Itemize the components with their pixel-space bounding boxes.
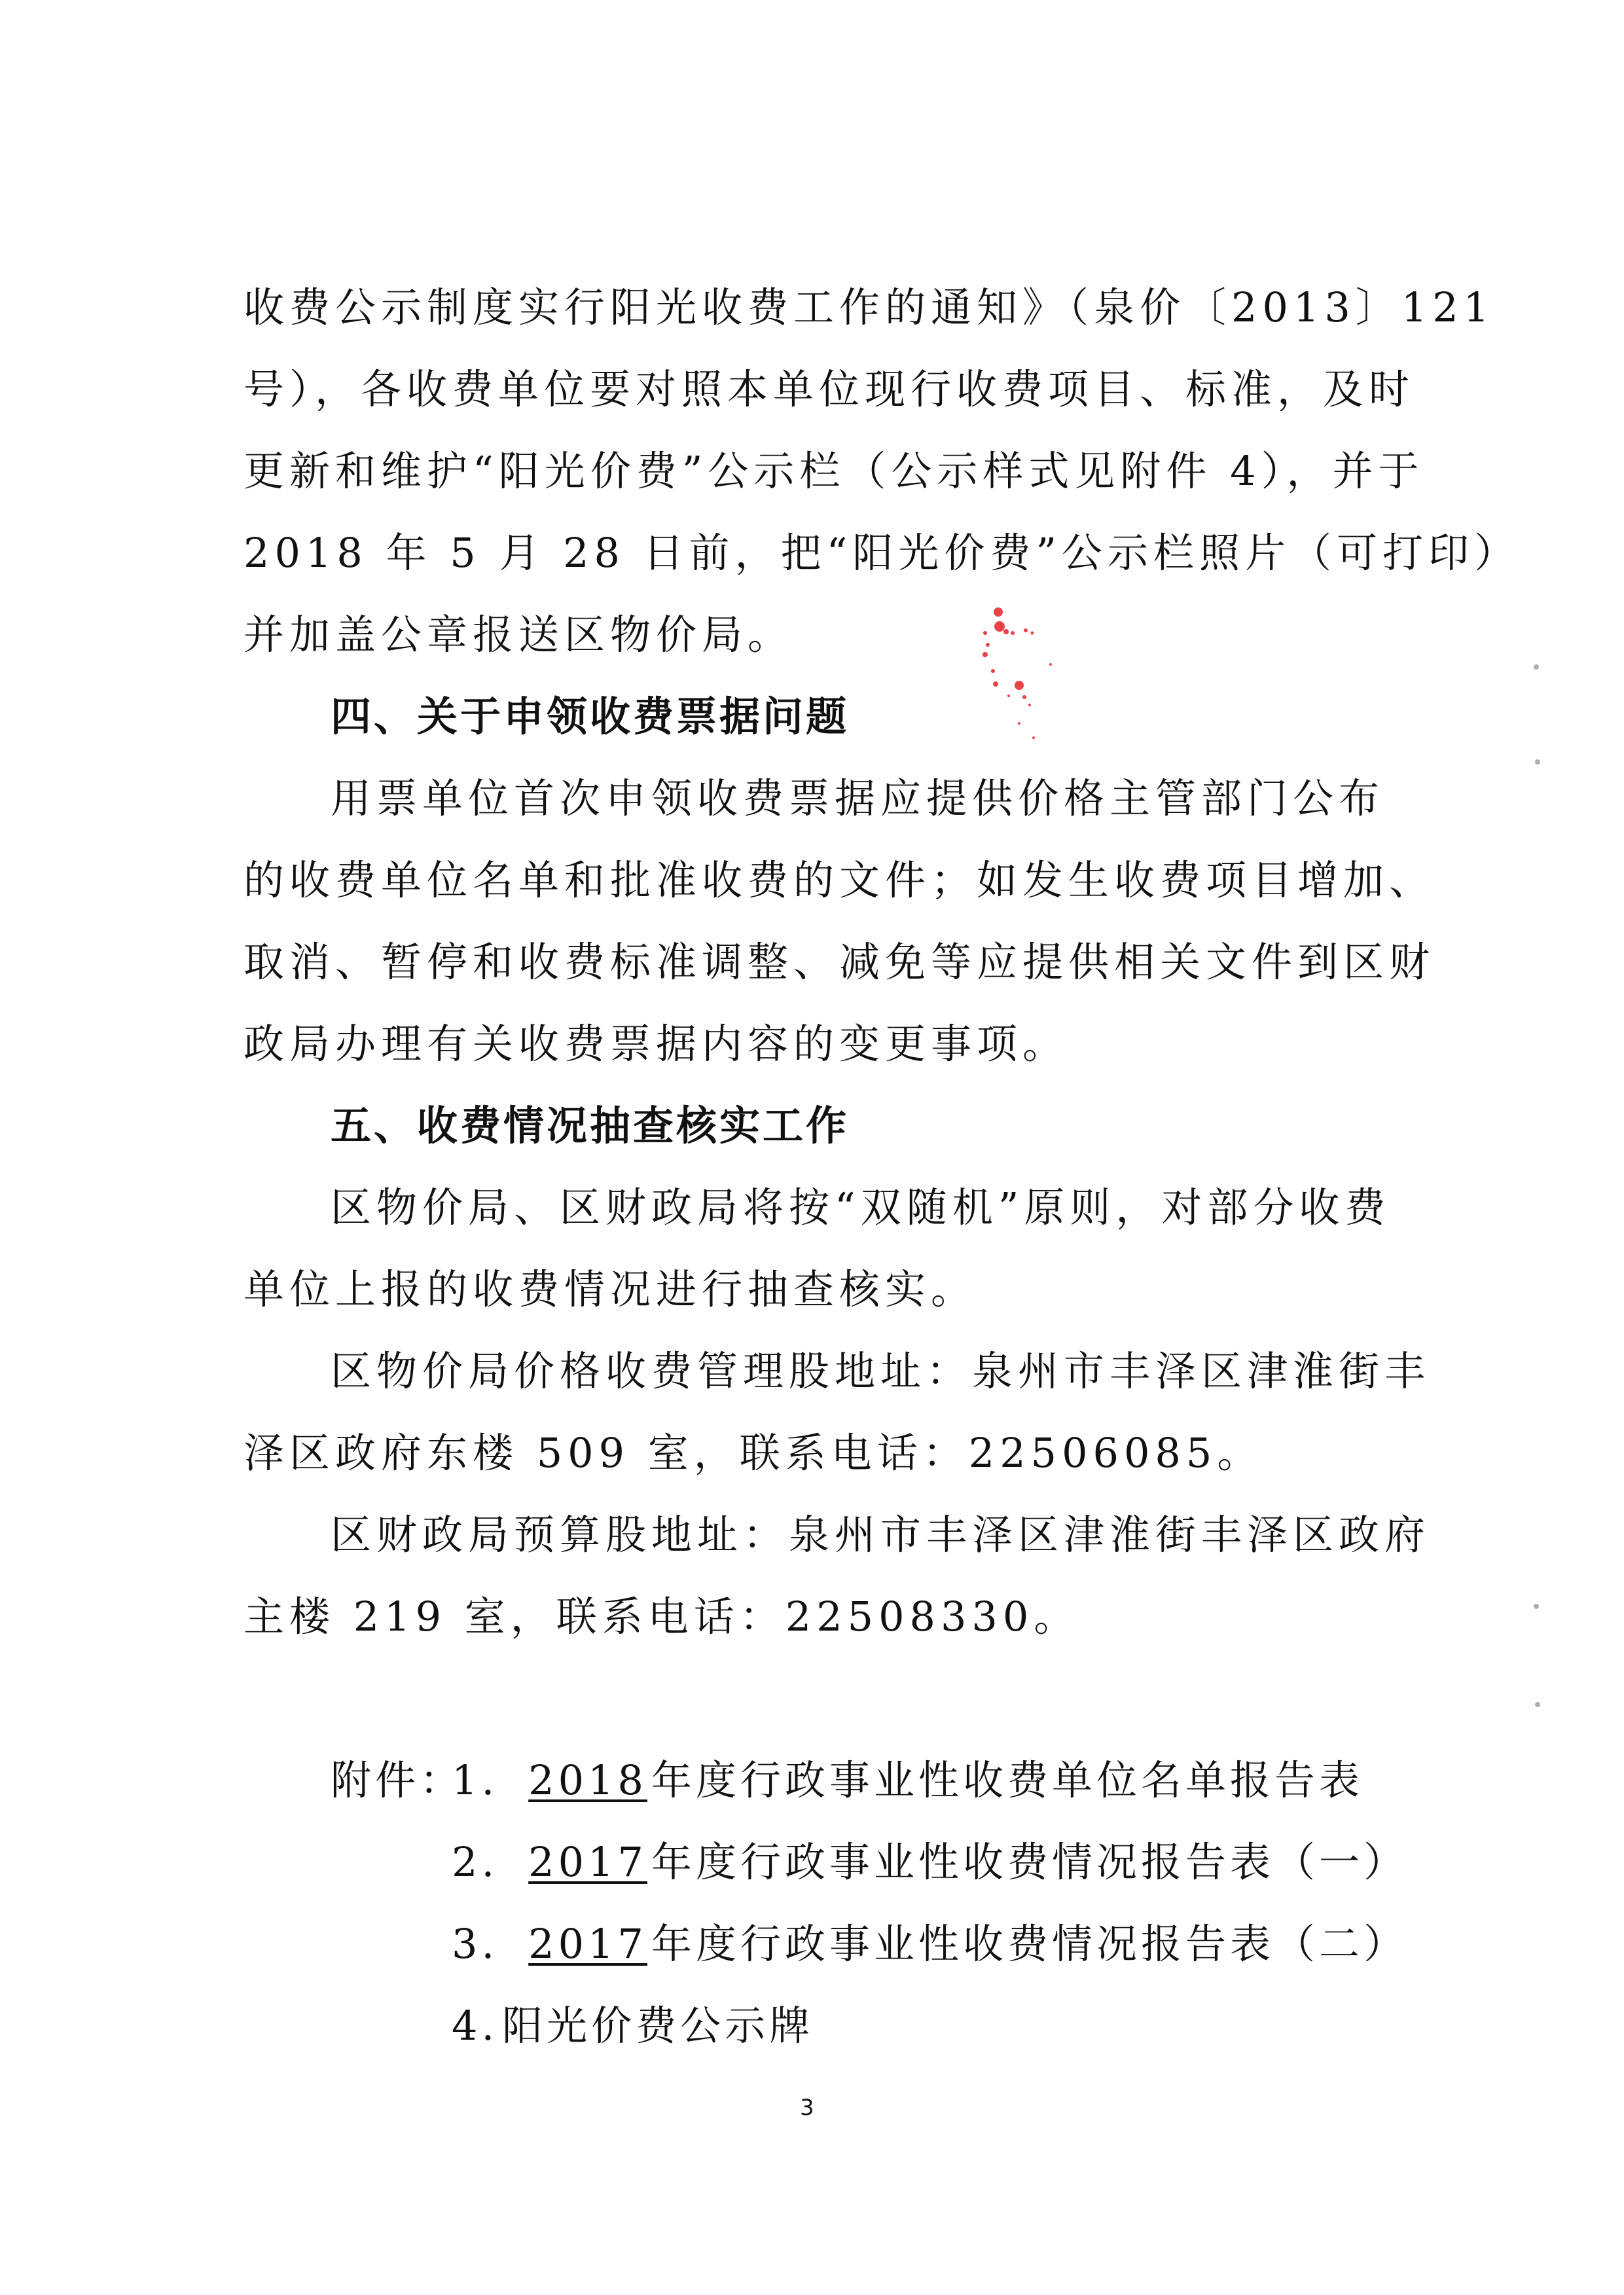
body-text: 泽区政府东楼 509 室，联系电话：22506085。 xyxy=(244,1427,1263,1479)
scan-speck xyxy=(1534,664,1539,670)
body-text: 政局办理有关收费票据内容的变更事项。 xyxy=(244,1018,1068,1070)
body-line: 主楼 219 室，联系电话：22508330。 xyxy=(244,1591,1382,1643)
attachment-item-2: 2.2017年度行政事业性收费情况报告表（一） xyxy=(452,1836,1408,1888)
body-text: 2018 年 5 月 28 日前，把“阳光价费”公示栏照片（可打印） xyxy=(244,527,1520,579)
attachment-item-3: 3.2017年度行政事业性收费情况报告表（二） xyxy=(452,1918,1408,1970)
attachment-item-1: 1.2018年度行政事业性收费单位名单报告表 xyxy=(452,1754,1363,1807)
body-line: 区物价局、区财政局将按“双随机”原则，对部分收费 xyxy=(331,1182,1382,1234)
document-page: 收费公示制度实行阳光收费工作的通知》（泉价〔2013〕121 号），各收费单位要… xyxy=(0,0,1624,2295)
attachment-title: 年度行政事业性收费单位名单报告表 xyxy=(651,1756,1363,1804)
attachment-number: 3. xyxy=(452,1920,498,1968)
body-text: 的收费单位名单和批准收费的文件；如发生收费项目增加、 xyxy=(244,854,1435,907)
body-line: 用票单位首次申领收费票据应提供价格主管部门公布 xyxy=(331,772,1382,825)
attachment-number: 1. xyxy=(452,1756,498,1804)
body-line: 单位上报的收费情况进行抽查核实。 xyxy=(244,1263,1382,1316)
attachment-title: 阳光价费公示牌 xyxy=(502,2002,814,2050)
heading-text: 五、收费情况抽查核实工作 xyxy=(331,1100,849,1152)
body-text: 号），各收费单位要对照本单位现行收费项目、标准，及时 xyxy=(244,363,1415,416)
body-line: 更新和维护“阳光价费”公示栏（公示样式见附件 4），并于 xyxy=(244,445,1382,497)
body-text: 用票单位首次申领收费票据应提供价格主管部门公布 xyxy=(331,772,1384,825)
body-line: 政局办理有关收费票据内容的变更事项。 xyxy=(244,1018,1382,1070)
body-line: 泽区政府东楼 509 室，联系电话：22506085。 xyxy=(244,1427,1382,1479)
attachment-title: 年度行政事业性收费情况报告表（二） xyxy=(651,1920,1408,1968)
page-number: 3 xyxy=(800,2095,814,2121)
attachments-label-text: 附件： xyxy=(331,1756,464,1804)
body-text: 并加盖公章报送区物价局。 xyxy=(244,609,793,661)
section-heading-5: 五、收费情况抽查核实工作 xyxy=(331,1100,1382,1152)
attachment-title: 年度行政事业性收费情况报告表（一） xyxy=(651,1838,1408,1886)
body-text: 主楼 219 室，联系电话：22508330。 xyxy=(244,1591,1079,1643)
body-line: 区财政局预算股地址：泉州市丰泽区津淮街丰泽区政府 xyxy=(331,1509,1382,1561)
scan-speck xyxy=(1535,1702,1540,1707)
body-text: 取消、暂停和收费标准调整、减免等应提供相关文件到区财 xyxy=(244,936,1435,988)
body-line: 取消、暂停和收费标准调整、减免等应提供相关文件到区财 xyxy=(244,936,1382,988)
body-text: 单位上报的收费情况进行抽查核实。 xyxy=(244,1263,977,1316)
attachments-label: 附件： xyxy=(331,1754,464,1807)
attachment-number: 4. xyxy=(452,2002,498,2050)
body-text: 收费公示制度实行阳光收费工作的通知》（泉价〔2013〕121 xyxy=(244,281,1494,334)
body-text: 区财政局预算股地址：泉州市丰泽区津淮街丰泽区政府 xyxy=(331,1509,1430,1561)
body-line: 号），各收费单位要对照本单位现行收费项目、标准，及时 xyxy=(244,363,1382,416)
scan-speck xyxy=(1534,1604,1539,1609)
body-text: 区物价局价格收费管理股地址：泉州市丰泽区津淮街丰 xyxy=(331,1345,1430,1398)
section-heading-4: 四、关于申领收费票据问题 xyxy=(331,691,1382,743)
body-text: 区物价局、区财政局将按“双随机”原则，对部分收费 xyxy=(331,1182,1390,1234)
scan-speck xyxy=(1535,759,1540,765)
body-line: 区物价局价格收费管理股地址：泉州市丰泽区津淮街丰 xyxy=(331,1345,1382,1398)
body-line: 的收费单位名单和批准收费的文件；如发生收费项目增加、 xyxy=(244,854,1382,907)
heading-text: 四、关于申领收费票据问题 xyxy=(331,691,849,743)
body-line: 收费公示制度实行阳光收费工作的通知》（泉价〔2013〕121 xyxy=(244,281,1382,334)
attachment-year: 2017 xyxy=(502,1836,647,1888)
attachment-year: 2018 xyxy=(502,1754,647,1807)
attachment-number: 2. xyxy=(452,1838,498,1886)
body-text: 更新和维护“阳光价费”公示栏（公示样式见附件 4），并于 xyxy=(244,445,1424,497)
body-line: 2018 年 5 月 28 日前，把“阳光价费”公示栏照片（可打印） xyxy=(244,527,1382,579)
attachment-item-4: 4.阳光价费公示牌 xyxy=(452,2000,814,2052)
attachment-year: 2017 xyxy=(502,1918,647,1970)
body-line: 并加盖公章报送区物价局。 xyxy=(244,609,1382,661)
